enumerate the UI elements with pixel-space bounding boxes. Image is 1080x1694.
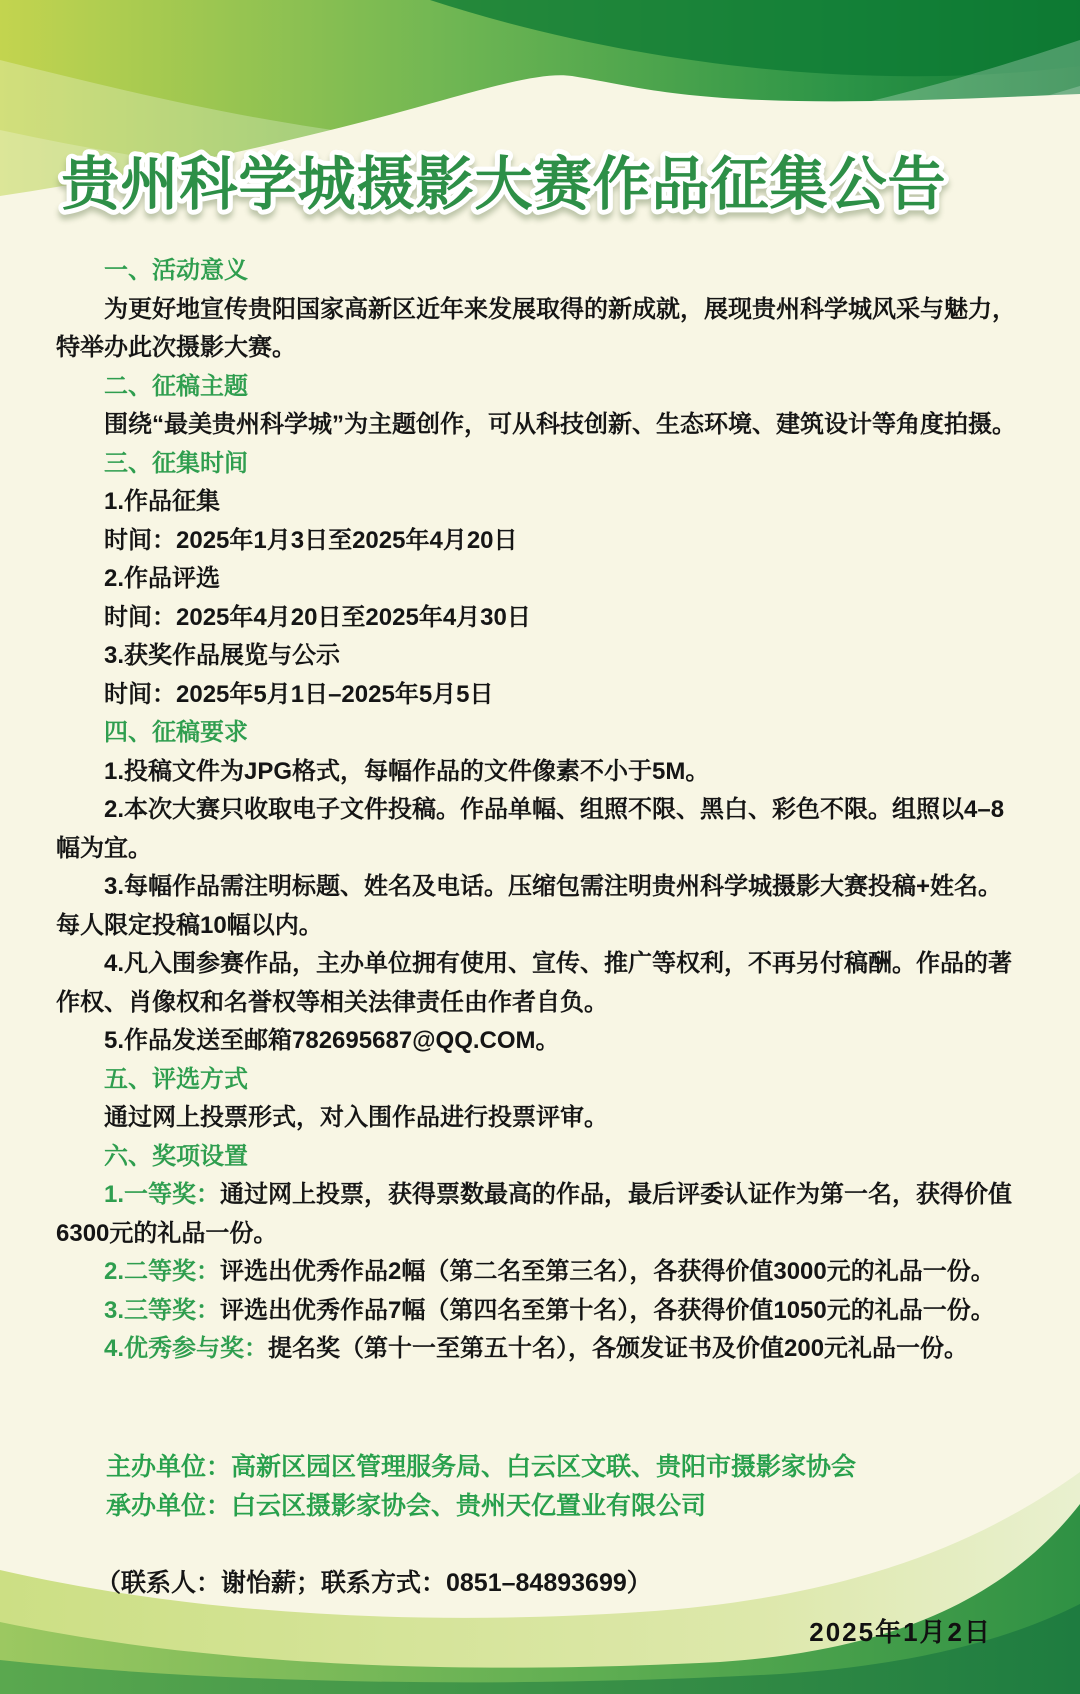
award-label: 2.二等奖： [104,1258,220,1285]
schedule-item: 2.作品评选 [56,560,1024,599]
requirement-item: 2.本次大赛只收取电子文件投稿。作品单幅、组照不限、黑白、彩色不限。组照以4–8… [56,791,1024,868]
award-item: 4.优秀参与奖：提名奖（第十一至第五十名），各颁发证书及价值200元礼品一份。 [56,1330,1024,1369]
section-1-paragraph: 为更好地宣传贵阳国家高新区近年来发展取得的新成就，展现贵州科学城风采与魅力，特举… [56,291,1024,368]
content-area: 一、活动意义 为更好地宣传贵阳国家高新区近年来发展取得的新成就，展现贵州科学城风… [56,252,1024,1369]
schedule-item: 1.作品征集 [56,483,1024,522]
award-item: 1.一等奖：通过网上投票，获得票数最高的作品，最后评委认证作为第一名，获得价值6… [56,1176,1024,1253]
section-heading-4: 四、征稿要求 [56,714,1024,753]
award-label: 4.优秀参与奖： [104,1335,268,1362]
requirement-item: 1.投稿文件为JPG格式，每幅作品的文件像素不小于5M。 [56,753,1024,792]
requirement-item: 5.作品发送至邮箱782695687@QQ.COM。 [56,1022,1024,1061]
section-heading-6: 六、奖项设置 [56,1138,1024,1177]
requirement-item: 4.凡入围参赛作品，主办单位拥有使用、宣传、推广等权利，不再另付稿酬。作品的著作… [56,945,1024,1022]
footer-date: 2025年1月2日 [809,1612,992,1649]
poster-title: 贵州科学城摄影大赛作品征集公告 [0,118,1080,238]
award-item: 2.二等奖：评选出优秀作品2幅（第二名至第三名），各获得价值3000元的礼品一份… [56,1253,1024,1292]
requirement-item: 3.每幅作品需注明标题、姓名及电话。压缩包需注明贵州科学城摄影大赛投稿+姓名。每… [56,868,1024,945]
poster-title-text: 贵州科学城摄影大赛作品征集公告 [61,152,946,217]
section-heading-5: 五、评选方式 [56,1061,1024,1100]
footer-host-line: 主办单位：高新区园区管理服务局、白云区文联、贵阳市摄影家协会 [56,1448,1024,1487]
award-text: 评选出优秀作品7幅（第四名至第十名），各获得价值1050元的礼品一份。 [220,1297,995,1324]
footer-contact-line: （联系人：谢怡薪；联系方式：0851–84893699） [56,1564,1024,1603]
schedule-item: 时间：2025年4月20日至2025年4月30日 [56,599,1024,638]
poster-root: 贵州科学城摄影大赛作品征集公告 一、活动意义 为更好地宣传贵阳国家高新区近年来发… [0,0,1080,1694]
section-2-paragraph: 围绕“最美贵州科学城”为主题创作，可从科技创新、生态环境、建筑设计等角度拍摄。 [56,406,1024,445]
award-text: 评选出优秀作品2幅（第二名至第三名），各获得价值3000元的礼品一份。 [220,1258,995,1285]
schedule-item: 3.获奖作品展览与公示 [56,637,1024,676]
section-heading-1: 一、活动意义 [56,252,1024,291]
schedule-item: 时间：2025年5月1日–2025年5月5日 [56,676,1024,715]
footer-organizer-line: 承办单位：白云区摄影家协会、贵州天亿置业有限公司 [56,1487,1024,1526]
section-heading-2: 二、征稿主题 [56,368,1024,407]
section-5-paragraph: 通过网上投票形式，对入围作品进行投票评审。 [56,1099,1024,1138]
schedule-item: 时间：2025年1月3日至2025年4月20日 [56,522,1024,561]
award-label: 1.一等奖： [104,1181,220,1208]
award-item: 3.三等奖：评选出优秀作品7幅（第四名至第十名），各获得价值1050元的礼品一份… [56,1292,1024,1331]
award-label: 3.三等奖： [104,1297,220,1324]
award-text: 提名奖（第十一至第五十名），各颁发证书及价值200元礼品一份。 [268,1335,968,1362]
footer-text-block: 主办单位：高新区园区管理服务局、白云区文联、贵阳市摄影家协会 承办单位：白云区摄… [56,1448,1024,1602]
section-heading-3: 三、征集时间 [56,445,1024,484]
